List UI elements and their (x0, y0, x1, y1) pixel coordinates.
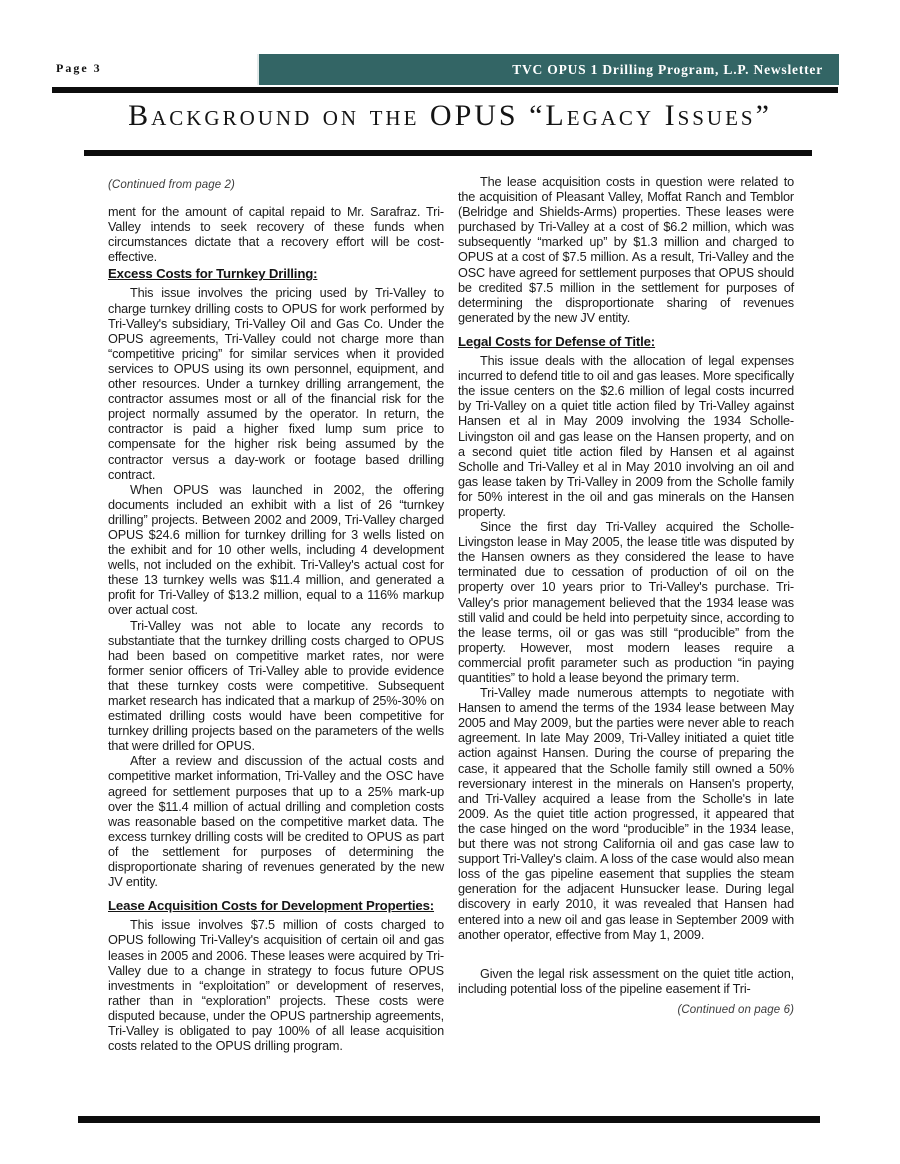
left-column: (Continued from page 2) ment for the amo… (108, 175, 444, 1054)
title-rule (84, 150, 812, 156)
paragraph-legal-4: Given the legal risk assessment on the q… (458, 967, 794, 997)
paragraph-legal-3: Tri-Valley made numerous attempts to neg… (458, 686, 794, 943)
paragraph-turnkey-2: When OPUS was launched in 2002, the offe… (108, 483, 444, 619)
section-heading-lease: Lease Acquisition Costs for Development … (108, 898, 444, 913)
paragraph-legal-2: Since the first day Tri-Valley acquired … (458, 520, 794, 686)
section-heading-legal: Legal Costs for Defense of Title: (458, 334, 794, 349)
paragraph-lease-2: The lease acquisition costs in question … (458, 175, 794, 326)
continued-from-note: (Continued from page 2) (108, 179, 444, 191)
paragraph-turnkey-1: This issue involves the pricing used by … (108, 286, 444, 482)
paragraph-lease-1: This issue involves $7.5 million of cost… (108, 918, 444, 1054)
paragraph-legal-1: This issue deals with the allocation of … (458, 354, 794, 520)
footer-rule (78, 1116, 820, 1123)
section-heading-turnkey: Excess Costs for Turnkey Drilling: (108, 266, 444, 281)
continued-on-note: (Continued on page 6) (458, 1004, 794, 1016)
newsletter-banner: TVC OPUS 1 Drilling Program, L.P. Newsle… (257, 54, 839, 85)
newsletter-page: Page 3 TVC OPUS 1 Drilling Program, L.P.… (0, 0, 900, 1164)
page-number: Page 3 (56, 61, 102, 76)
paragraph-turnkey-3: Tri-Valley was not able to locate any re… (108, 619, 444, 755)
page-title: Background on the OPUS “Legacy Issues” (0, 99, 900, 133)
right-column: The lease acquisition costs in question … (458, 175, 794, 1016)
paragraph-turnkey-4: After a review and discussion of the act… (108, 754, 444, 890)
newsletter-title: TVC OPUS 1 Drilling Program, L.P. Newsle… (259, 54, 839, 85)
paragraph-carryover: ment for the amount of capital repaid to… (108, 205, 444, 265)
header-rule (52, 87, 838, 93)
